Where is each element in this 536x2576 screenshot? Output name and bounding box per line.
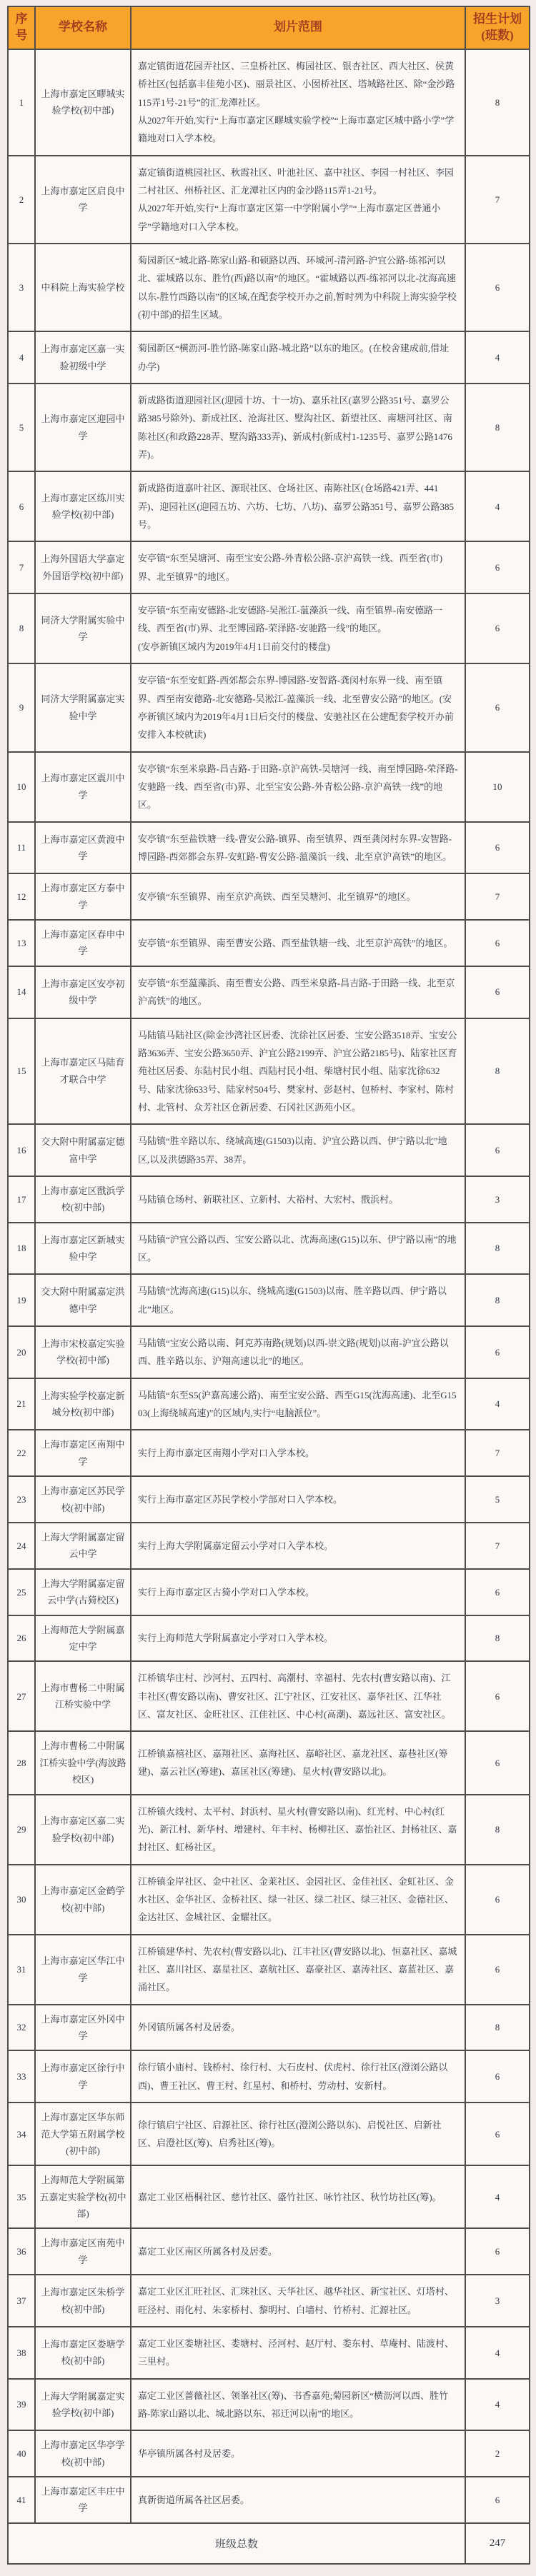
table-row: 13 上海市嘉定区春申中学 安亭镇“东至镇界、南至曹安公路、西至盐铁塘一线、北至… [8, 920, 530, 966]
school-name-cell: 上海市嘉定区华江中学 [35, 1935, 131, 2005]
class-count-cell: 6 [465, 1569, 530, 1615]
class-count-cell: 6 [465, 593, 530, 663]
row-number-cell: 22 [8, 1430, 35, 1476]
district-range-cell: 马陆镇仓场村、新联社区、立新村、大裕村、大宏村、戬浜村。 [131, 1176, 465, 1223]
school-name-cell: 上海市嘉定区疁城实验学校(初中部) [35, 49, 131, 156]
row-number-cell: 15 [8, 1018, 35, 1125]
district-range-cell: 徐行镇启宁社区、启源社区、徐行社区(澄浏公路以东)、启悦社区、启新社区、启澄社区… [131, 2103, 465, 2165]
district-range-cell: 安亭镇“东至南安德路-北安德路-吴淞江-蕰藻浜一线、南至镇界-南安德路一线、西至… [131, 593, 465, 663]
school-name-cell: 交大附中附属嘉定洪德中学 [35, 1274, 131, 1326]
school-name-cell: 上海市嘉定区嘉二实验学校(初中部) [35, 1795, 131, 1865]
table-row: 11 上海市嘉定区黄渡中学 安亭镇“东至盐铁塘一线-曹安公路-镇界、南至镇界、西… [8, 822, 530, 874]
school-name-cell: 上海市嘉定区苏民学校(初中部) [35, 1476, 131, 1523]
row-number-cell: 31 [8, 1935, 35, 2005]
school-name-cell: 中科院上海实验学校 [35, 244, 131, 331]
class-count-cell: 6 [465, 966, 530, 1018]
row-number-cell: 3 [8, 244, 35, 331]
class-count-cell: 2 [465, 2430, 530, 2477]
district-range-cell: 江桥镇金岸社区、金中社区、金莱社区、金园社区、金佳社区、金虹社区、金水社区、金华… [131, 1865, 465, 1935]
table-row: 1 上海市嘉定区疁城实验学校(初中部) 嘉定镇街道花园弄社区、三皇桥社区、梅园社… [8, 49, 530, 156]
row-number-cell: 10 [8, 752, 35, 822]
table-row: 25 上海大学附属嘉定留云中学(古猗校区) 实行上海市嘉定区古猗小学对口入学本校… [8, 1569, 530, 1615]
school-name-cell: 上海市嘉定区黄渡中学 [35, 822, 131, 874]
class-count-cell: 4 [465, 2327, 530, 2379]
school-name-cell: 上海实验学校嘉定新城分校(初中部) [35, 1378, 131, 1430]
row-number-cell: 7 [8, 541, 35, 593]
table-foot: 班级总数 247 [8, 2523, 530, 2564]
class-count-cell: 7 [465, 1430, 530, 1476]
table-row: 38 上海市嘉定区娄塘学校(初中部) 嘉定工业区娄塘社区、娄塘村、泾河村、赵厅村… [8, 2327, 530, 2379]
class-count-cell: 4 [465, 1378, 530, 1430]
school-name-cell: 同济大学附属嘉定实验中学 [35, 663, 131, 751]
district-range-cell: 江桥镇华庄村、沙河村、五四村、高潮村、幸福村、先农村(曹安路以南)、江丰社区(曹… [131, 1661, 465, 1731]
district-range-cell: 外冈镇所属各村及居委。 [131, 2005, 465, 2051]
row-number-cell: 11 [8, 822, 35, 874]
class-count-cell: 8 [465, 1274, 530, 1326]
class-count-cell: 7 [465, 1523, 530, 1569]
table-row: 39 上海大学附属嘉定实验学校(初中部) 嘉定工业区蔷薇社区、领峯社区(筹)、书… [8, 2379, 530, 2431]
table-row: 16 交大附中附属嘉定德富中学 马陆镇“胜辛路以东、绕城高速(G1503)以南、… [8, 1124, 530, 1176]
row-number-cell: 12 [8, 873, 35, 920]
class-count-cell: 6 [465, 2050, 530, 2103]
district-range-cell: 实行上海市嘉定区古猗小学对口入学本校。 [131, 1569, 465, 1615]
table-row: 34 上海市嘉定区华东师范大学第五附属学校(初中部) 徐行镇启宁社区、启源社区、… [8, 2103, 530, 2165]
class-count-cell: 3 [465, 2275, 530, 2327]
district-range-cell: 安亭镇“东至镇界、南至京沪高铁、西至吴塘河、北至镇界”的地区。 [131, 873, 465, 920]
table-row: 28 上海市曹杨二中附属江桥实验中学(海波路校区) 江桥镇嘉禧社区、嘉翔社区、嘉… [8, 1731, 530, 1794]
class-count-cell: 8 [465, 1615, 530, 1662]
row-number-cell: 37 [8, 2275, 35, 2327]
class-count-cell: 6 [465, 2228, 530, 2275]
row-number-cell: 8 [8, 593, 35, 663]
district-range-cell: 马陆镇“沪宜公路以西、宝安公路以北、沈海高速(G15)以东、伊宁路以南”的地区。 [131, 1223, 465, 1275]
row-number-cell: 23 [8, 1476, 35, 1523]
district-range-cell: 嘉定工业区娄塘社区、娄塘村、泾河村、赵厅村、娄东村、草庵村、陆渡村、三里村。 [131, 2327, 465, 2379]
district-range-cell: 安亭镇“东至镇界、南至曹安公路、西至盐铁塘一线、北至京沪高铁”的地区。 [131, 920, 465, 966]
table-row: 18 上海市嘉定区新城实验中学 马陆镇“沪宜公路以西、宝安公路以北、沈海高速(G… [8, 1223, 530, 1275]
school-name-cell: 上海大学附属嘉定留云中学 [35, 1523, 131, 1569]
district-range-cell: 安亭镇“东至蕰藻浜、南至曹安公路、西至米泉路-昌吉路-于田路一线、北至京沪高铁”… [131, 966, 465, 1018]
row-number-cell: 29 [8, 1795, 35, 1865]
row-number-cell: 27 [8, 1661, 35, 1731]
row-number-cell: 24 [8, 1523, 35, 1569]
school-name-cell: 上海市嘉定区华亭学校(初中部) [35, 2430, 131, 2477]
district-range-cell: 安亭镇“东至盐铁塘一线-曹安公路-镇界、南至镇界、西至龚闵村东界-安智路-博园路… [131, 822, 465, 874]
school-name-cell: 上海师范大学附属第五嘉定实验学校(初中部) [35, 2165, 131, 2228]
table-row: 6 上海市嘉定区练川实验学校(初中部) 新成路街道嘉叶社区、源珉社区、仓场社区、… [8, 471, 530, 541]
row-number-cell: 38 [8, 2327, 35, 2379]
class-count-cell: 8 [465, 1795, 530, 1865]
school-name-cell: 上海大学附属嘉定实验学校(初中部) [35, 2379, 131, 2431]
school-name-cell: 上海外国语大学嘉定外国语学校(初中部) [35, 541, 131, 593]
row-number-cell: 33 [8, 2050, 35, 2103]
district-range-cell: 安亭镇“东至米泉路-昌吉路-于田路-京沪高铁-吴塘河一线、南至博园路-荣泽路-安… [131, 752, 465, 822]
row-number-cell: 40 [8, 2430, 35, 2477]
enrollment-table: 序号 学校名称 划片范围 招生计划 (班数) 1 上海市嘉定区疁城实验学校(初中… [7, 6, 530, 2565]
district-range-cell: 实行上海师范大学附属嘉定小学对口入学本校。 [131, 1615, 465, 1662]
table-row: 40 上海市嘉定区华亭学校(初中部) 华亭镇所属各村及居委。 2 [8, 2430, 530, 2477]
table-row: 23 上海市嘉定区苏民学校(初中部) 实行上海市嘉定区苏民学校小学部对口入学本校… [8, 1476, 530, 1523]
page: 序号 学校名称 划片范围 招生计划 (班数) 1 上海市嘉定区疁城实验学校(初中… [0, 0, 536, 2576]
district-range-cell: 新成路街道迎园社区(迎园十坊、十一坊)、嘉乐社区(嘉罗公路351号、嘉罗公路38… [131, 384, 465, 471]
table-row: 5 上海市嘉定区迎园中学 新成路街道迎园社区(迎园十坊、十一坊)、嘉乐社区(嘉罗… [8, 384, 530, 471]
district-range-cell: 嘉定镇街道桃园社区、秋霞社区、叶池社区、嘉中社区、李园一村社区、李园二村社区、州… [131, 156, 465, 244]
class-count-cell: 8 [465, 49, 530, 156]
class-count-cell: 6 [465, 1731, 530, 1794]
table-row: 30 上海市嘉定区金鹤学校(初中部) 江桥镇金岸社区、金中社区、金莱社区、金园社… [8, 1865, 530, 1935]
district-range-cell: 嘉定工业区南区所属各村及居委。 [131, 2228, 465, 2275]
table-row: 32 上海市嘉定区外冈中学 外冈镇所属各村及居委。 8 [8, 2005, 530, 2051]
school-name-cell: 上海市嘉定区震川中学 [35, 752, 131, 822]
district-range-cell: 嘉定工业区梧桐社区、慈竹社区、盛竹社区、咏竹社区、秋竹坊社区(筹)。 [131, 2165, 465, 2228]
total-label: 班级总数 [8, 2523, 465, 2564]
class-count-cell: 4 [465, 331, 530, 384]
school-name-cell: 上海市嘉定区练川实验学校(初中部) [35, 471, 131, 541]
row-number-cell: 13 [8, 920, 35, 966]
class-count-cell: 5 [465, 1476, 530, 1523]
class-count-cell: 8 [465, 1223, 530, 1275]
total-row: 班级总数 247 [8, 2523, 530, 2564]
table-row: 26 上海师范大学附属嘉定中学 实行上海师范大学附属嘉定小学对口入学本校。 8 [8, 1615, 530, 1662]
district-range-cell: 实行上海市嘉定区南翔小学对口入学本校。 [131, 1430, 465, 1476]
class-count-cell: 6 [465, 1865, 530, 1935]
table-row: 27 上海市曹杨二中附属江桥实验中学 江桥镇华庄村、沙河村、五四村、高潮村、幸福… [8, 1661, 530, 1731]
table-head: 序号 学校名称 划片范围 招生计划 (班数) [8, 6, 530, 49]
district-range-cell: 菊园新区“城北路-陈家山路-和硕路以西、环城河-清河路-沪宜公路-练祁河以北、霍… [131, 244, 465, 331]
school-name-cell: 上海市嘉定区南翔中学 [35, 1430, 131, 1476]
class-count-cell: 6 [465, 1935, 530, 2005]
row-number-cell: 39 [8, 2379, 35, 2431]
header-row: 序号 学校名称 划片范围 招生计划 (班数) [8, 6, 530, 49]
table-row: 12 上海市嘉定区方泰中学 安亭镇“东至镇界、南至京沪高铁、西至吴塘河、北至镇界… [8, 873, 530, 920]
district-range-cell: 嘉定工业区蔷薇社区、领峯社区(筹)、书香嘉苑;菊园新区“横沥河以西、胜竹路-陈家… [131, 2379, 465, 2431]
row-number-cell: 21 [8, 1378, 35, 1430]
row-number-cell: 26 [8, 1615, 35, 1662]
class-count-cell: 6 [465, 2477, 530, 2523]
class-count-cell: 4 [465, 2165, 530, 2228]
row-number-cell: 18 [8, 1223, 35, 1275]
row-number-cell: 28 [8, 1731, 35, 1794]
col-header-district-range: 划片范围 [131, 6, 465, 49]
table-row: 22 上海市嘉定区南翔中学 实行上海市嘉定区南翔小学对口入学本校。 7 [8, 1430, 530, 1476]
row-number-cell: 6 [8, 471, 35, 541]
district-range-cell: 江桥镇建华村、先农村(曹安路以北)、江丰社区(曹安路以北)、恒嘉社区、嘉城社区、… [131, 1935, 465, 2005]
school-name-cell: 上海师范大学附属嘉定中学 [35, 1615, 131, 1662]
table-row: 2 上海市嘉定区启良中学 嘉定镇街道桃园社区、秋霞社区、叶池社区、嘉中社区、李园… [8, 156, 530, 244]
class-count-cell: 6 [465, 1124, 530, 1176]
table-row: 36 上海市嘉定区南苑中学 嘉定工业区南区所属各村及居委。 6 [8, 2228, 530, 2275]
school-name-cell: 上海市曹杨二中附属江桥实验中学(海波路校区) [35, 1731, 131, 1794]
col-header-serial: 序号 [8, 6, 35, 49]
district-range-cell: 马陆镇“沈海高速(G15)以东、绕城高速(G1503)以南、胜辛路以西、伊宁路以… [131, 1274, 465, 1326]
class-count-cell: 6 [465, 244, 530, 331]
class-count-cell: 6 [465, 541, 530, 593]
table-row: 21 上海实验学校嘉定新城分校(初中部) 马陆镇“东至S5(沪嘉高速公路)、南至… [8, 1378, 530, 1430]
class-count-cell: 8 [465, 384, 530, 471]
row-number-cell: 2 [8, 156, 35, 244]
row-number-cell: 4 [8, 331, 35, 384]
school-name-cell: 上海市嘉定区外冈中学 [35, 2005, 131, 2051]
table-row: 15 上海市嘉定区马陆育才联合中学 马陆镇马陆社区(除金沙湾社区居委、沈徐社区居… [8, 1018, 530, 1125]
row-number-cell: 9 [8, 663, 35, 751]
district-range-cell: 江桥镇嘉禧社区、嘉翔社区、嘉海社区、嘉峪社区、嘉龙社区、嘉巷社区(筹建)、嘉云社… [131, 1731, 465, 1794]
table-row: 41 上海市嘉定区丰庄中学 真新街道所属各社区居委。 6 [8, 2477, 530, 2523]
school-name-cell: 上海市嘉定区南苑中学 [35, 2228, 131, 2275]
school-name-cell: 上海市嘉定区启良中学 [35, 156, 131, 244]
school-name-cell: 上海大学附属嘉定留云中学(古猗校区) [35, 1569, 131, 1615]
district-range-cell: 安亭镇“东至安虹路-西郊都会东界-博园路-安智路-龚闵村东界一线、南至镇界、西至… [131, 663, 465, 751]
school-name-cell: 上海市宋校嘉定实验学校(初中部) [35, 1326, 131, 1378]
row-number-cell: 25 [8, 1569, 35, 1615]
row-number-cell: 17 [8, 1176, 35, 1223]
class-count-cell: 8 [465, 1018, 530, 1125]
col-header-school-name: 学校名称 [35, 6, 131, 49]
table-row: 7 上海外国语大学嘉定外国语学校(初中部) 安亭镇“东至吴塘河、南至宝安公路-外… [8, 541, 530, 593]
district-range-cell: 马陆镇“胜辛路以东、绕城高速(G1503)以南、沪宜公路以西、伊宁路以北”地区,… [131, 1124, 465, 1176]
row-number-cell: 14 [8, 966, 35, 1018]
class-count-cell: 6 [465, 663, 530, 751]
district-range-cell: 嘉定工业区汇旺社区、汇珠社区、天华社区、越华社区、新宝社区、灯塔村、旺泾村、雨化… [131, 2275, 465, 2327]
row-number-cell: 19 [8, 1274, 35, 1326]
table-row: 4 上海市嘉定区嘉一实验初级中学 菊园新区“横沥河-胜竹路-陈家山路-城北路”以… [8, 331, 530, 384]
school-name-cell: 上海市嘉定区朱桥学校(初中部) [35, 2275, 131, 2327]
school-name-cell: 交大附中附属嘉定德富中学 [35, 1124, 131, 1176]
class-count-cell: 6 [465, 2103, 530, 2165]
class-count-cell: 6 [465, 920, 530, 966]
district-range-cell: 华亭镇所属各村及居委。 [131, 2430, 465, 2477]
school-name-cell: 上海市嘉定区金鹤学校(初中部) [35, 1865, 131, 1935]
row-number-cell: 5 [8, 384, 35, 471]
school-name-cell: 上海市曹杨二中附属江桥实验中学 [35, 1661, 131, 1731]
row-number-cell: 32 [8, 2005, 35, 2051]
class-count-cell: 6 [465, 822, 530, 874]
school-name-cell: 上海市嘉定区安亭初级中学 [35, 966, 131, 1018]
school-name-cell: 上海市嘉定区华东师范大学第五附属学校(初中部) [35, 2103, 131, 2165]
row-number-cell: 36 [8, 2228, 35, 2275]
school-name-cell: 上海市嘉定区马陆育才联合中学 [35, 1018, 131, 1125]
school-name-cell: 上海市嘉定区嘉一实验初级中学 [35, 331, 131, 384]
district-range-cell: 菊园新区“横沥河-胜竹路-陈家山路-城北路”以东的地区。(在校舍建成前,借址办学… [131, 331, 465, 384]
table-row: 20 上海市宋校嘉定实验学校(初中部) 马陆镇“宝安公路以南、阿克苏南路(规划)… [8, 1326, 530, 1378]
table-body: 1 上海市嘉定区疁城实验学校(初中部) 嘉定镇街道花园弄社区、三皇桥社区、梅园社… [8, 49, 530, 2523]
school-name-cell: 上海市嘉定区春申中学 [35, 920, 131, 966]
class-count-cell: 3 [465, 1176, 530, 1223]
school-name-cell: 上海市嘉定区丰庄中学 [35, 2477, 131, 2523]
class-count-cell: 10 [465, 752, 530, 822]
row-number-cell: 30 [8, 1865, 35, 1935]
district-range-cell: 安亭镇“东至吴塘河、南至宝安公路-外青松公路-京沪高铁一线、西至省(市)界、北至… [131, 541, 465, 593]
table-row: 35 上海师范大学附属第五嘉定实验学校(初中部) 嘉定工业区梧桐社区、慈竹社区、… [8, 2165, 530, 2228]
school-name-cell: 上海市嘉定区迎园中学 [35, 384, 131, 471]
table-row: 31 上海市嘉定区华江中学 江桥镇建华村、先农村(曹安路以北)、江丰社区(曹安路… [8, 1935, 530, 2005]
table-row: 37 上海市嘉定区朱桥学校(初中部) 嘉定工业区汇旺社区、汇珠社区、天华社区、越… [8, 2275, 530, 2327]
table-row: 29 上海市嘉定区嘉二实验学校(初中部) 江桥镇火线村、太平村、封浜村、星火村(… [8, 1795, 530, 1865]
row-number-cell: 16 [8, 1124, 35, 1176]
school-name-cell: 上海市嘉定区方泰中学 [35, 873, 131, 920]
district-range-cell: 新成路街道嘉叶社区、源珉社区、仓场社区、南陈社区(仓场路421弄、441弄)、迎… [131, 471, 465, 541]
row-number-cell: 41 [8, 2477, 35, 2523]
row-number-cell: 1 [8, 49, 35, 156]
school-name-cell: 上海市嘉定区徐行中学 [35, 2050, 131, 2103]
class-count-cell: 6 [465, 1326, 530, 1378]
district-range-cell: 江桥镇火线村、太平村、封浜村、星火村(曹安路以南)、红光村、中心村(红光)、新江… [131, 1795, 465, 1865]
class-count-cell: 4 [465, 471, 530, 541]
table-row: 3 中科院上海实验学校 菊园新区“城北路-陈家山路-和硕路以西、环城河-清河路-… [8, 244, 530, 331]
table-row: 8 同济大学附属实验中学 安亭镇“东至南安德路-北安德路-吴淞江-蕰藻浜一线、南… [8, 593, 530, 663]
district-range-cell: 马陆镇马陆社区(除金沙湾社区居委、沈徐社区居委、宝安公路3518弄、宝安公路36… [131, 1018, 465, 1125]
class-count-cell: 7 [465, 873, 530, 920]
district-range-cell: 实行上海大学附属嘉定留云小学对口入学本校。 [131, 1523, 465, 1569]
total-classes-value: 247 [465, 2523, 530, 2564]
table-row: 17 上海市嘉定区戬浜学校(初中部) 马陆镇仓场村、新联社区、立新村、大裕村、大… [8, 1176, 530, 1223]
class-count-cell: 8 [465, 2005, 530, 2051]
table-row: 9 同济大学附属嘉定实验中学 安亭镇“东至安虹路-西郊都会东界-博园路-安智路-… [8, 663, 530, 751]
district-range-cell: 真新街道所属各社区居委。 [131, 2477, 465, 2523]
row-number-cell: 34 [8, 2103, 35, 2165]
table-row: 33 上海市嘉定区徐行中学 徐行镇小庙村、钱桥村、徐行村、大石皮村、伏虎村、徐行… [8, 2050, 530, 2103]
district-range-cell: 嘉定镇街道花园弄社区、三皇桥社区、梅园社区、银杏社区、西大社区、侯黄桥社区(包括… [131, 49, 465, 156]
row-number-cell: 35 [8, 2165, 35, 2228]
row-number-cell: 20 [8, 1326, 35, 1378]
school-name-cell: 上海市嘉定区娄塘学校(初中部) [35, 2327, 131, 2379]
table-row: 24 上海大学附属嘉定留云中学 实行上海大学附属嘉定留云小学对口入学本校。 7 [8, 1523, 530, 1569]
district-range-cell: 马陆镇“东至S5(沪嘉高速公路)、南至宝安公路、西至G15(沈海高速)、北至G1… [131, 1378, 465, 1430]
class-count-cell: 4 [465, 2379, 530, 2431]
district-range-cell: 徐行镇小庙村、钱桥村、徐行村、大石皮村、伏虎村、徐行社区(澄浏公路以西)、曹王社… [131, 2050, 465, 2103]
school-name-cell: 上海市嘉定区新城实验中学 [35, 1223, 131, 1275]
table-row: 19 交大附中附属嘉定洪德中学 马陆镇“沈海高速(G15)以东、绕城高速(G15… [8, 1274, 530, 1326]
school-name-cell: 上海市嘉定区戬浜学校(初中部) [35, 1176, 131, 1223]
table-row: 14 上海市嘉定区安亭初级中学 安亭镇“东至蕰藻浜、南至曹安公路、西至米泉路-昌… [8, 966, 530, 1018]
class-count-cell: 6 [465, 1661, 530, 1731]
school-name-cell: 同济大学附属实验中学 [35, 593, 131, 663]
table-row: 10 上海市嘉定区震川中学 安亭镇“东至米泉路-昌吉路-于田路-京沪高铁-吴塘河… [8, 752, 530, 822]
district-range-cell: 实行上海市嘉定区苏民学校小学部对口入学本校。 [131, 1476, 465, 1523]
class-count-cell: 7 [465, 156, 530, 244]
district-range-cell: 马陆镇“宝安公路以南、阿克苏南路(规划)以西-崇文路(规划)以南-沪宜公路以西、… [131, 1326, 465, 1378]
col-header-enrollment-plan: 招生计划 (班数) [465, 6, 530, 49]
